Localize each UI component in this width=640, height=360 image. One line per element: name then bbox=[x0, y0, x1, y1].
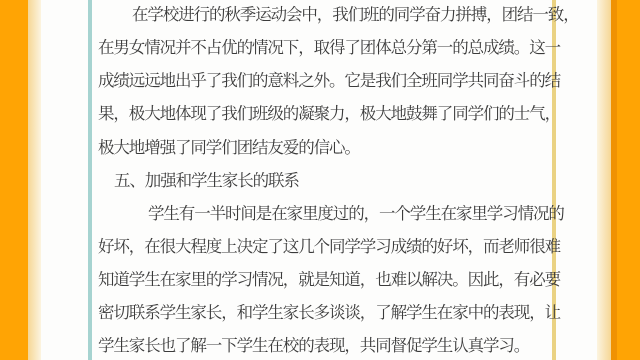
orange-frame-left bbox=[0, 0, 28, 360]
text-line: 密切联系学生家长，和学生家长多谈谈，了解学生在家中的表现，让 bbox=[98, 297, 568, 330]
cream-gradient-left bbox=[28, 0, 41, 360]
section-heading: 五、加强和学生家长的联系 bbox=[98, 165, 568, 198]
text-line: 在男女情况并不占优的情况下，取得了团体总分第一的总成绩。这一 bbox=[98, 32, 568, 65]
document-text: 在学校进行的秋季运动会中，我们班的同学奋力拼搏，团结一致， 在男女情况并不占优的… bbox=[98, 0, 568, 360]
text-line: 在学校进行的秋季运动会中，我们班的同学奋力拼搏，团结一致， bbox=[98, 0, 568, 32]
text-line: 学生家长也了解一下学生在校的表现，共同督促学生认真学习。 bbox=[98, 330, 568, 360]
orange-frame-right bbox=[617, 0, 640, 360]
notebook-margin-line bbox=[88, 0, 92, 360]
text-line: 果，极大地体现了我们班级的凝聚力，极大地鼓舞了同学们的士气， bbox=[98, 98, 568, 131]
text-line: 极大地增强了同学们团结友爱的信心。 bbox=[98, 132, 568, 165]
text-line: 成绩远远地出乎了我们的意料之外。它是我们全班同学共同奋斗的结 bbox=[98, 65, 568, 98]
text-line: 知道学生在家里的学习情况，就是知道，也难以解决。因此，有必要 bbox=[98, 264, 568, 297]
cream-gradient-right bbox=[597, 0, 611, 360]
article-image: 在学校进行的秋季运动会中，我们班的同学奋力拼搏，团结一致， 在男女情况并不占优的… bbox=[0, 0, 640, 360]
text-line: 学生有一半时间是在家里度过的，一个学生在家里学习情况的 bbox=[98, 198, 568, 231]
text-line: 好坏，在很大程度上决定了这几个同学学习成绩的好坏，而老师很难 bbox=[98, 231, 568, 264]
